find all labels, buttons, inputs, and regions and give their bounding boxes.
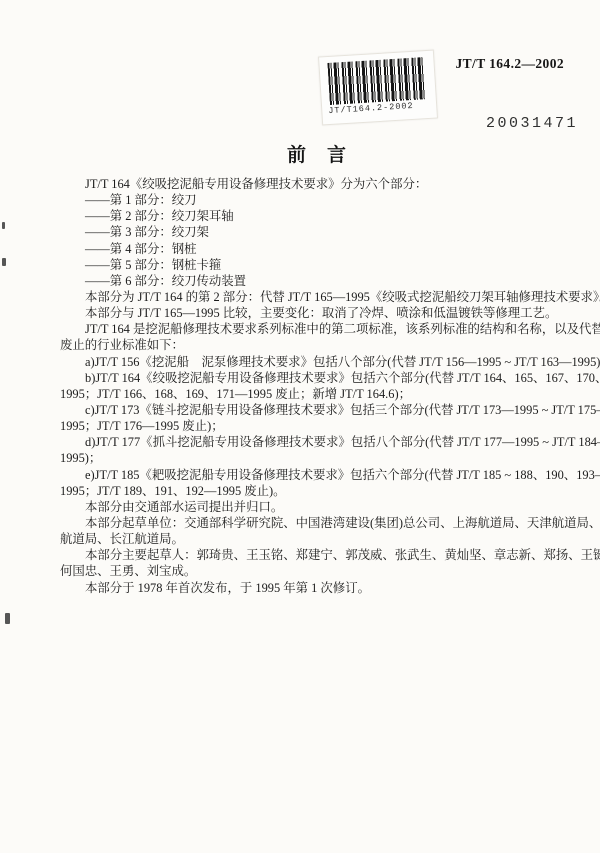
standard-code-header: JT/T 164.2—2002 <box>455 56 564 72</box>
text-line: 何国忠、王勇、刘宝成。 <box>60 563 546 579</box>
text-line: c)JT/T 173《链斗挖泥船专用设备修理技术要求》包括三个部分(代替 JT/… <box>60 402 546 418</box>
scan-mark <box>5 613 10 624</box>
text-line: 本部分由交通部水运司提出并归口。 <box>60 499 546 515</box>
barcode-icon <box>327 57 425 105</box>
text-line: e)JT/T 185《耙吸挖泥船专用设备修理技术要求》包括六个部分(代替 JT/… <box>60 467 546 483</box>
scan-mark <box>2 222 5 229</box>
text-line: a)JT/T 156《挖泥船 泥泵修理技术要求》包括八个部分(代替 JT/T 1… <box>60 354 546 370</box>
barcode-sticker: JT/T164.2-2002 <box>318 50 438 126</box>
text-line: JT/T 164《绞吸挖泥船专用设备修理技术要求》分为六个部分： <box>60 176 546 192</box>
scan-mark <box>2 258 6 266</box>
text-line: b)JT/T 164《绞吸挖泥船专用设备修理技术要求》包括六个部分(代替 JT/… <box>60 370 546 386</box>
text-line: 废止的行业标准如下： <box>60 337 546 353</box>
text-line: JT/T 164 是挖泥船修理技术要求系列标准中的第二项标准，该系列标准的结构和… <box>60 321 546 337</box>
text-line: 本部分起草单位：交通部科学研究院、中国港湾建设(集团)总公司、上海航道局、天津航… <box>60 515 546 531</box>
document-page: JT/T 164.2—2002 JT/T164.2-2002 20031471 … <box>0 0 600 853</box>
text-line: ——第 5 部分：钢桩卡箍 <box>60 257 546 273</box>
text-line: ——第 3 部分：绞刀架 <box>60 224 546 240</box>
text-line: 航道局、长江航道局。 <box>60 531 546 547</box>
text-line: ——第 6 部分：绞刀传动装置 <box>60 273 546 289</box>
text-line: 1995；JT/T 166、168、169、171—1995 废止；新增 JT/… <box>60 386 546 402</box>
text-line: 1995；JT/T 176—1995 废止)； <box>60 418 546 434</box>
text-line: 1995；JT/T 189、191、192—1995 废止)。 <box>60 483 546 499</box>
text-line: 本部分与 JT/T 165—1995 比较，主要变化：取消了冷焊、喷涂和低温镀铁… <box>60 305 546 321</box>
text-line: 本部分为 JT/T 164 的第 2 部分：代替 JT/T 165—1995《绞… <box>60 289 546 305</box>
text-line: d)JT/T 177《抓斗挖泥船专用设备修理技术要求》包括八个部分(代替 JT/… <box>60 434 546 450</box>
text-line: 1995)； <box>60 450 546 466</box>
text-line: 本部分主要起草人：郭琦贵、王玉铭、郑建宁、郭茂威、张武生、黄灿坚、章志新、郑扬、… <box>60 547 546 563</box>
page-title: 前 言 <box>0 140 600 167</box>
text-line: ——第 4 部分：钢桩 <box>60 241 546 257</box>
body-text: JT/T 164《绞吸挖泥船专用设备修理技术要求》分为六个部分： ——第 1 部… <box>60 176 546 596</box>
text-line: ——第 2 部分：绞刀架耳轴 <box>60 208 546 224</box>
text-line: ——第 1 部分：绞刀 <box>60 192 546 208</box>
registration-stamp-number: 20031471 <box>486 115 578 132</box>
text-line: 本部分于 1978 年首次发布，于 1995 年第 1 次修订。 <box>60 580 546 596</box>
